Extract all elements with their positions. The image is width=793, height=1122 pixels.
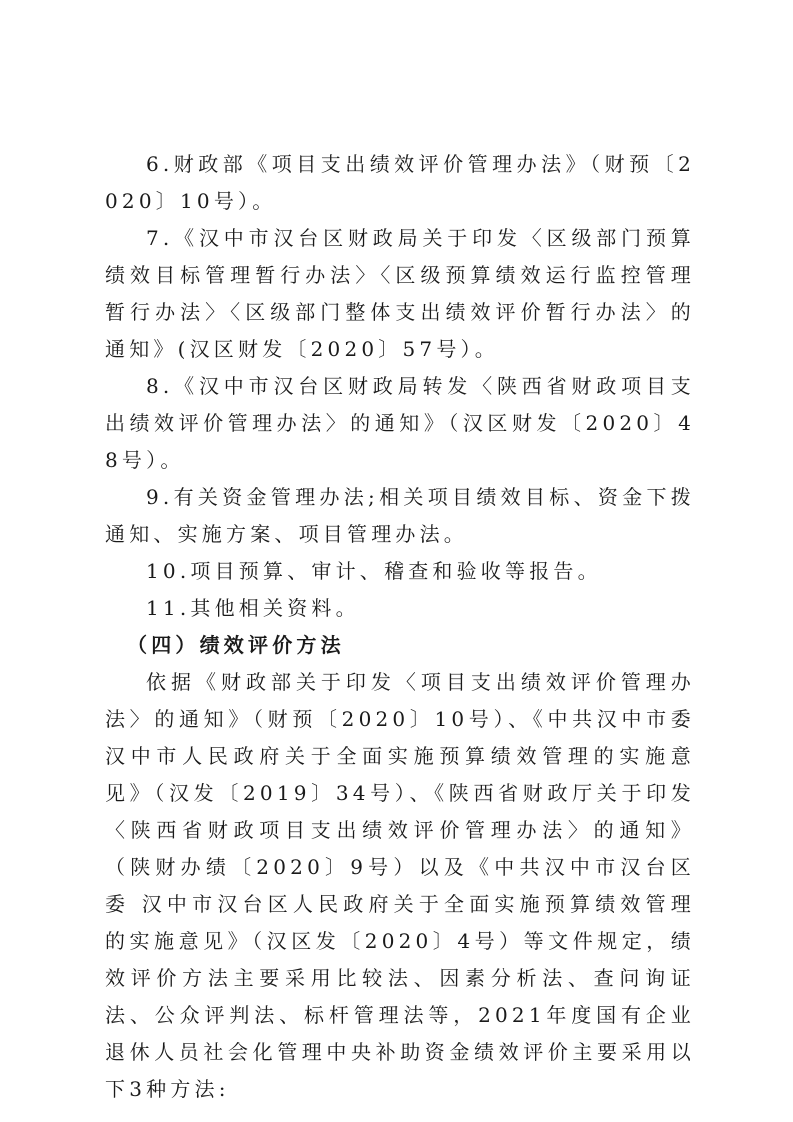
reference-item-7: 7.《汉中市汉台区财政局关于印发〈区级部门预算绩效目标管理暂行办法〉〈区级预算绩… [105, 220, 695, 368]
body-paragraph-methods: 依据《财政部关于印发〈项目支出绩效评价管理办法〉的通知》（财预〔2020〕10号… [105, 664, 695, 1108]
reference-item-8: 8.《汉中市汉台区财政局转发〈陕西省财政项目支出绩效评价管理办法〉的通知》（汉区… [105, 368, 695, 479]
section-heading-evaluation-methods: （四）绩效评价方法 [105, 627, 695, 664]
reference-item-6: 6.财政部《项目支出绩效评价管理办法》（财预〔2020〕10号）。 [105, 146, 695, 220]
document-page: 6.财政部《项目支出绩效评价管理办法》（财预〔2020〕10号）。 7.《汉中市… [105, 146, 695, 1108]
reference-item-11: 11.其他相关资料。 [105, 590, 695, 627]
reference-item-9: 9.有关资金管理办法;相关项目绩效目标、资金下拨通知、实施方案、项目管理办法。 [105, 479, 695, 553]
reference-item-10: 10.项目预算、审计、稽查和验收等报告。 [105, 553, 695, 590]
